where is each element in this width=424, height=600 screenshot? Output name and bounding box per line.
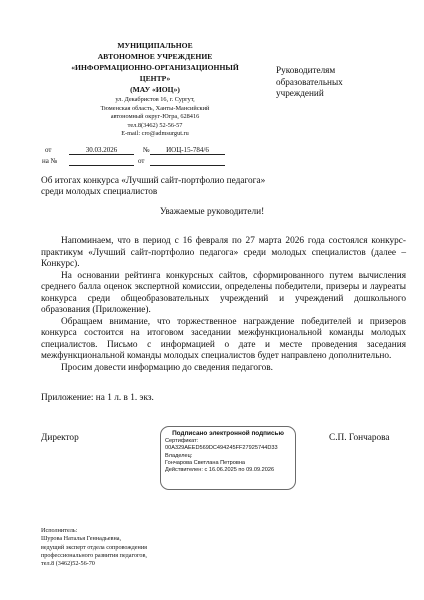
body-paragraph: Просим довести информацию до сведения пе… xyxy=(41,363,406,375)
executor-block: Исполнитель: Шурова Наталья Геннадьевна,… xyxy=(41,527,147,568)
recipient-line: учреждений xyxy=(276,88,343,100)
greeting: Уважаемые руководители! xyxy=(0,207,424,217)
address-line: тел.8(3462) 52-56-57 xyxy=(40,122,270,131)
org-line: (МАУ «ИОЦ») xyxy=(40,84,270,95)
org-line: «ИНФОРМАЦИОННО-ОРГАНИЗАЦИОННЫЙ xyxy=(40,62,270,73)
organization-name: МУНИЦИПАЛЬНОЕ АВТОНОМНОЕ УЧРЕЖДЕНИЕ «ИНФ… xyxy=(40,40,270,95)
reply-from-date xyxy=(150,156,225,166)
recipient-line: Руководителям xyxy=(276,65,343,77)
subject-line: Об итогах конкурса «Лучший сайт-портфоли… xyxy=(41,176,265,187)
signer-name: С.П. Гончарова xyxy=(329,433,390,443)
reply-from-label: от xyxy=(138,156,144,166)
executor-line: тел.8 (3462)52-56-70 xyxy=(41,560,147,568)
organization-address: ул. Декабристов 16, г. Сургут, Тюменская… xyxy=(40,96,270,139)
executor-line: ведущий эксперт отдела сопровождения xyxy=(41,544,147,552)
address-line: автономный округ-Югра, 628416 xyxy=(40,113,270,122)
date-label: от xyxy=(45,145,51,155)
address-line: ул. Декабристов 16, г. Сургут, xyxy=(40,96,270,105)
org-line: МУНИЦИПАЛЬНОЕ xyxy=(40,40,270,51)
certificate-value: 00A329AEED569DC494245FF27925744D33 xyxy=(165,445,295,452)
address-line: E-mail: cro@admsurgut.ru xyxy=(40,130,270,139)
signer-position: Директор xyxy=(41,433,79,443)
reply-to-number xyxy=(69,156,134,166)
address-line: Тюменская область, Ханты-Мансийский xyxy=(40,105,270,114)
executor-line: Шурова Наталья Геннадьевна, xyxy=(41,535,147,543)
executor-line: профессионального развития педагогов, xyxy=(41,552,147,560)
recipient-line: образовательных xyxy=(276,77,343,89)
org-line: ЦЕНТР» xyxy=(40,73,270,84)
reference-block: от 30.03.2026 № ИОЦ-15-784/6 на № от xyxy=(0,145,424,169)
subject: Об итогах конкурса «Лучший сайт-портфоли… xyxy=(41,176,265,198)
electronic-signature-stamp: Подписано электронной подписью Сертифика… xyxy=(160,426,296,490)
stamp-title: Подписано электронной подписью xyxy=(161,430,295,437)
body-paragraph: На основании рейтинга конкурсных сайтов,… xyxy=(41,271,406,317)
attachment-note: Приложение: на 1 л. в 1. экз. xyxy=(41,393,154,403)
certificate-label: Сертификат: xyxy=(165,438,295,445)
body-paragraph: Напоминаем, что в период с 16 февраля по… xyxy=(41,236,406,271)
owner-label: Владелец: xyxy=(165,453,295,460)
validity-period: Действителен: с 16.06.2025 по 09.09.2026 xyxy=(165,467,295,474)
number-label: № xyxy=(143,145,150,155)
org-line: АВТОНОМНОЕ УЧРЕЖДЕНИЕ xyxy=(40,51,270,62)
letter-body: Напоминаем, что в период с 16 февраля по… xyxy=(41,236,406,374)
document-number: ИОЦ-15-784/6 xyxy=(150,145,225,155)
executor-line: Исполнитель: xyxy=(41,527,147,535)
reply-to-label: на № xyxy=(42,156,57,166)
recipient-block: Руководителям образовательных учреждений xyxy=(276,65,343,100)
document-date: 30.03.2026 xyxy=(69,145,134,155)
subject-line: среди молодых специалистов xyxy=(41,187,265,198)
body-paragraph: Обращаем внимание, что торжественное наг… xyxy=(41,317,406,363)
